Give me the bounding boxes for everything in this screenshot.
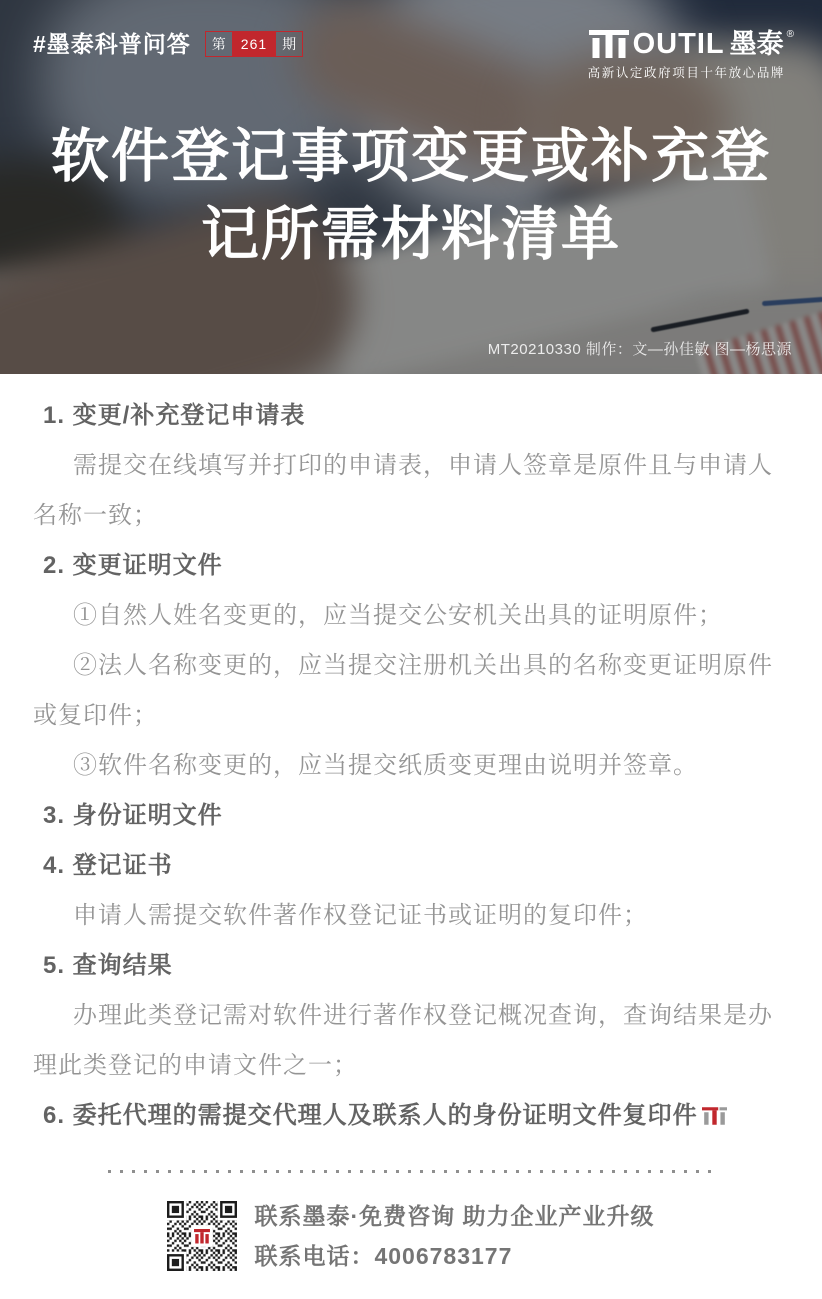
list-item-2-sub3: ③软件名称变更的，应当提交纸质变更理由说明并签章。 <box>33 741 789 791</box>
issue-number: 261 <box>232 32 276 56</box>
phone-label: 联系电话： <box>254 1243 374 1269</box>
brand-cjk-name: 墨泰 <box>730 30 784 58</box>
list-item-5-body: 办理此类登记需对软件进行著作权登记概况查询，查询结果是办理此类登记的申请文件之一… <box>33 991 789 1091</box>
issue-badge: 第 261 期 <box>205 31 303 57</box>
list-item-4-body: 申请人需提交软件著作权登记证书或证明的复印件； <box>33 891 789 941</box>
poster: #墨泰科普问答 第 261 期 <box>0 0 822 1299</box>
series-hashtag: #墨泰科普问答 <box>33 30 191 58</box>
moutil-m-mark-icon <box>588 30 630 58</box>
page-title: 软件登记事项变更或补充登 记所需材料清单 <box>0 118 822 274</box>
contact-block: 联系墨泰·免费咨询 助力企业产业升级 联系电话：4006783177 <box>254 1196 654 1276</box>
list-item-2-sub1: ①自然人姓名变更的，应当提交公安机关出具的证明原件； <box>33 591 789 641</box>
dashed-separator <box>108 1170 714 1173</box>
list-item-2-sub2: ②法人名称变更的，应当提交注册机关出具的名称变更证明原件或复印件； <box>33 641 789 741</box>
list-item-5-heading: 5. 查询结果 <box>33 941 789 991</box>
registered-mark: ® <box>787 30 794 40</box>
list-item-1-body: 需提交在线填写并打印的申请表，申请人签章是原件且与申请人名称一致； <box>33 441 789 541</box>
contact-slogan: 联系墨泰·免费咨询 助力企业产业升级 <box>254 1196 654 1236</box>
list-item-2-heading: 2. 变更证明文件 <box>33 541 789 591</box>
title-line-2: 记所需材料清单 <box>201 202 621 267</box>
issue-prefix: 第 <box>206 32 232 56</box>
issue-suffix: 期 <box>276 32 302 56</box>
hero-header: #墨泰科普问答 第 261 期 <box>0 0 822 374</box>
list-item-6-heading: 6. 委托代理的需提交代理人及联系人的身份证明文件复印件 <box>33 1091 789 1141</box>
list-item-3-heading: 3. 身份证明文件 <box>33 791 789 841</box>
brand-logo: OUTIL 墨泰 ® 高新认定政府项目十年放心品牌 <box>588 30 794 81</box>
contact-phone: 联系电话：4006783177 <box>254 1236 654 1276</box>
list-item-4-heading: 4. 登记证书 <box>33 841 789 891</box>
brand-latin-name: OUTIL <box>633 30 725 58</box>
title-line-1: 软件登记事项变更或补充登 <box>51 124 771 189</box>
series-tag-row: #墨泰科普问答 第 261 期 <box>33 30 303 58</box>
list-item-1-heading: 1. 变更/补充登记申请表 <box>33 391 789 441</box>
materials-list: 1. 变更/补充登记申请表 需提交在线填写并打印的申请表，申请人签章是原件且与申… <box>0 374 822 1141</box>
moutil-m-mark-small-icon <box>702 1107 727 1125</box>
phone-number: 4006783177 <box>374 1243 512 1269</box>
credit-line: MT20210330 制作：文—孙佳敏 图—杨思源 <box>488 338 792 359</box>
footer: 联系墨泰·免费咨询 助力企业产业升级 联系电话：4006783177 <box>0 1170 822 1276</box>
brand-tagline: 高新认定政府项目十年放心品牌 <box>588 63 785 81</box>
qr-code <box>167 1201 237 1271</box>
